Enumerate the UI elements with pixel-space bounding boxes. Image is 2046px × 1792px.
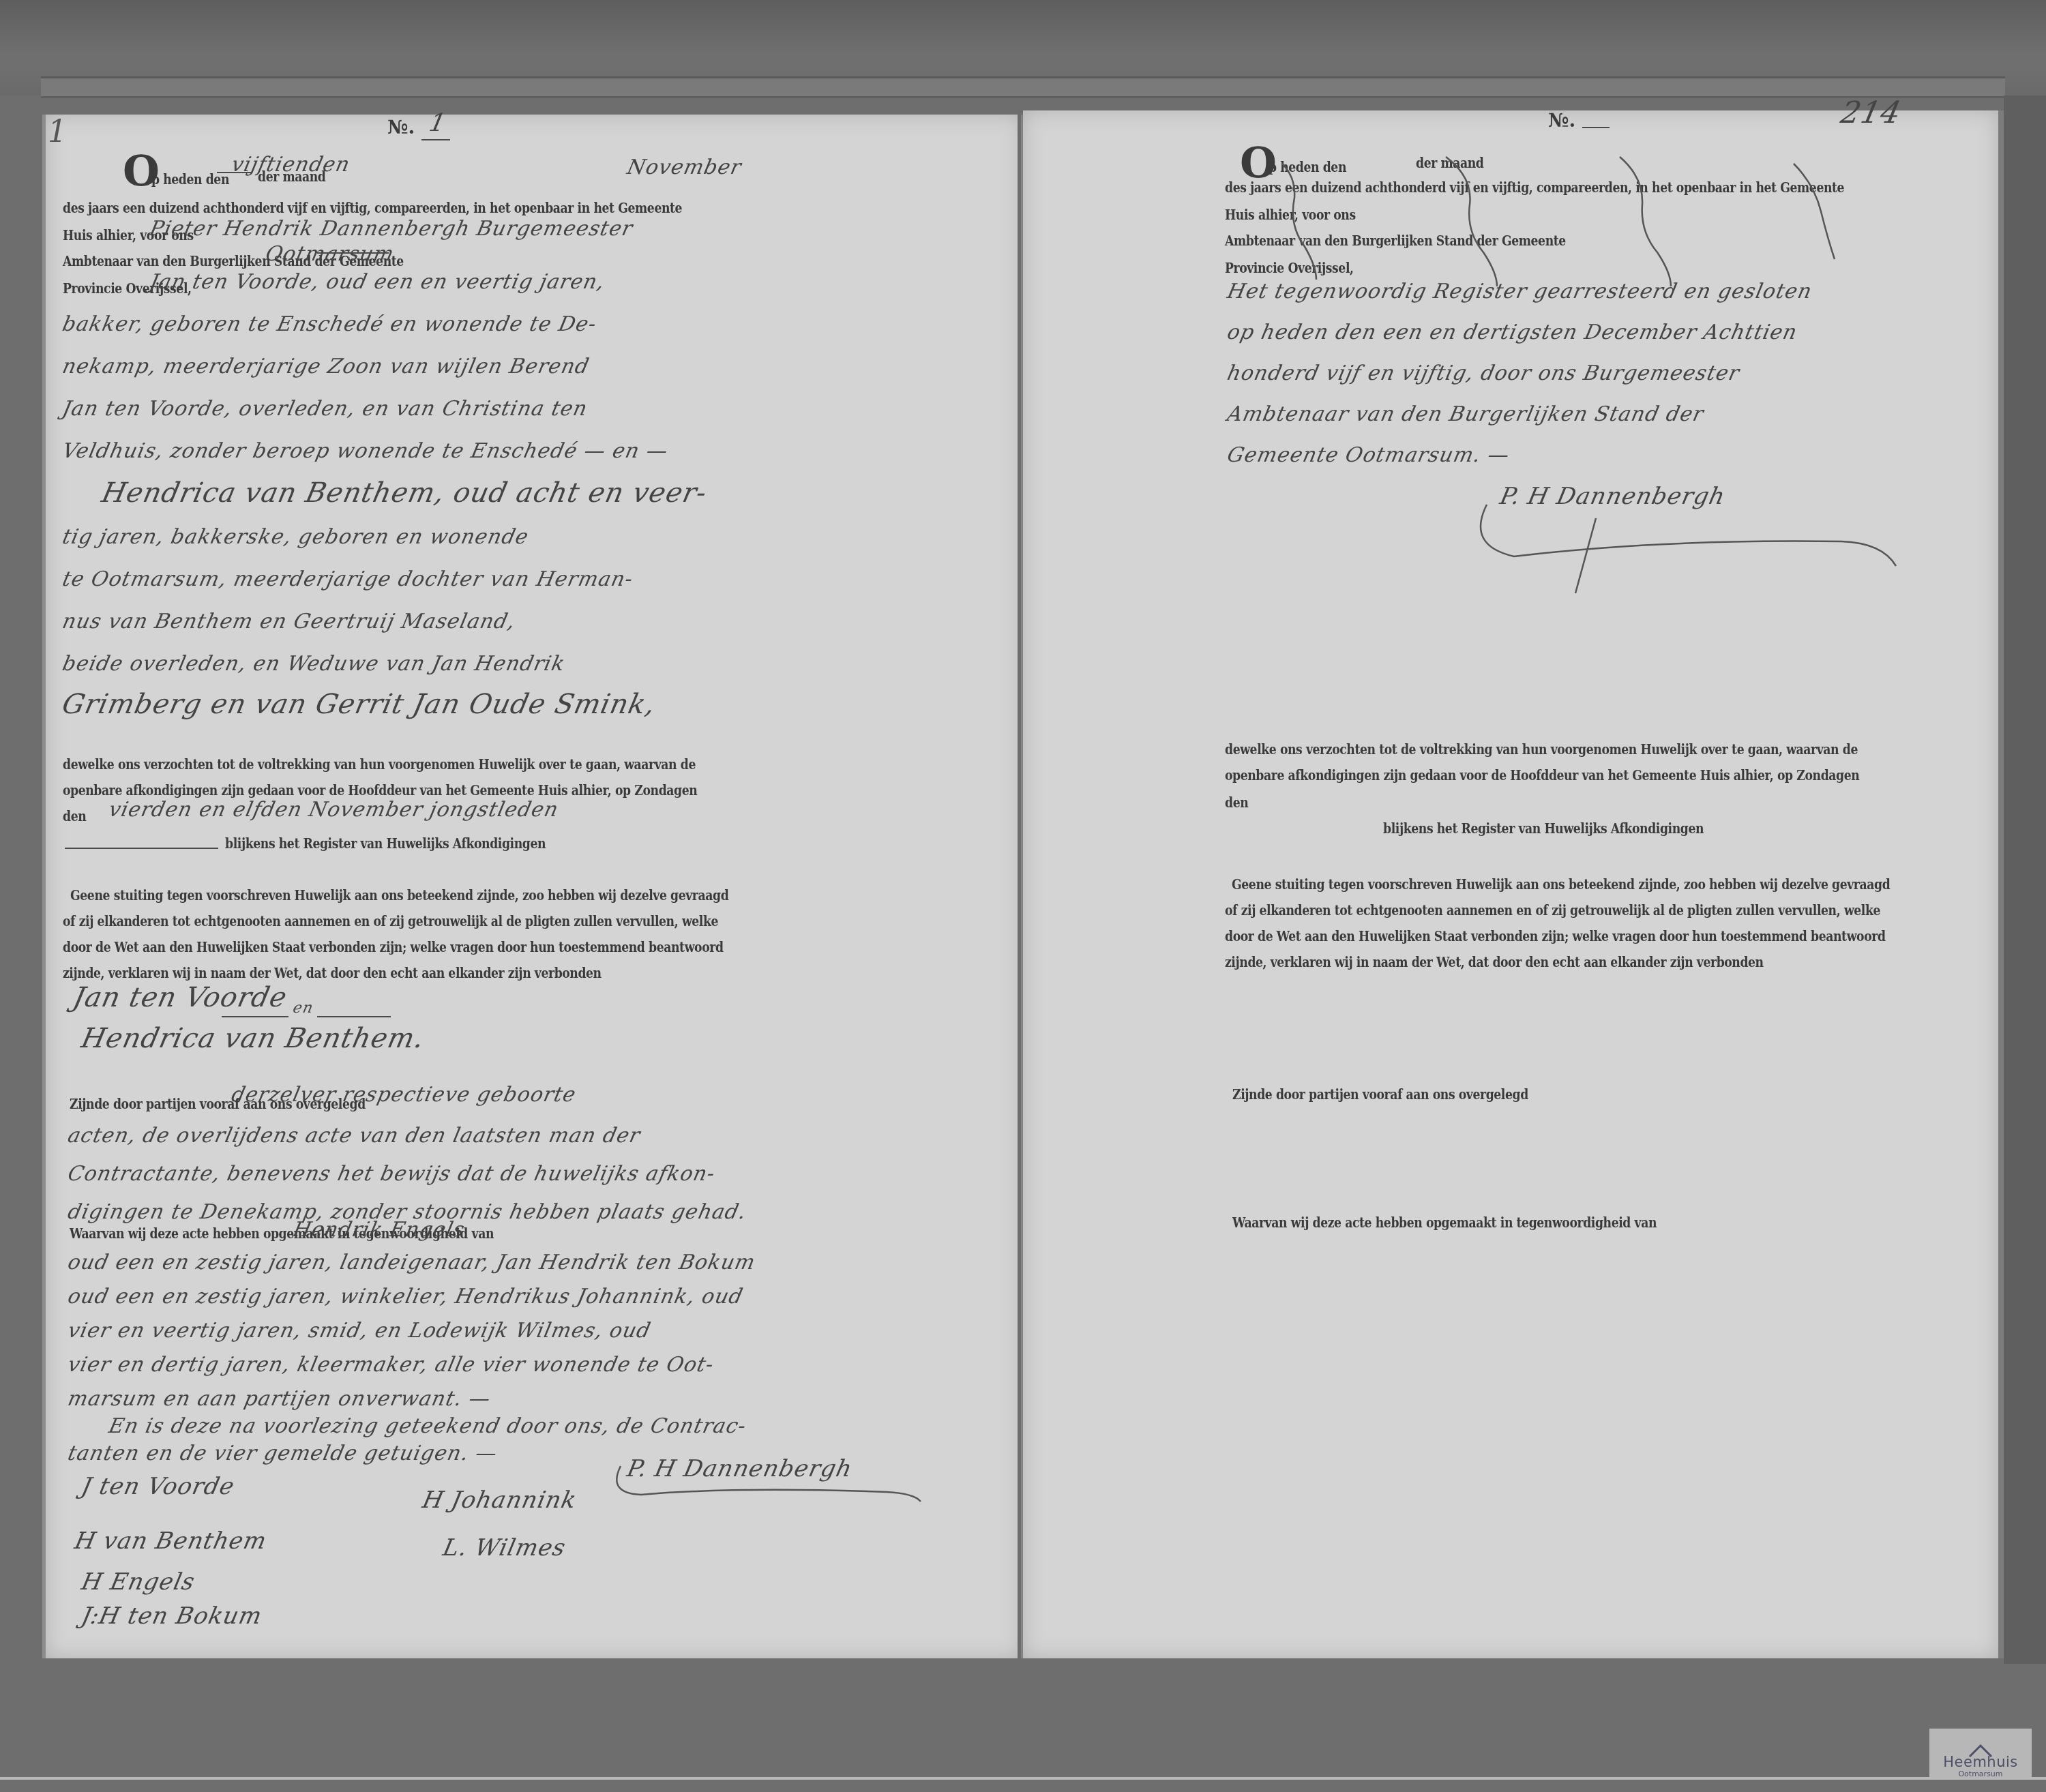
hand-party-7: tig jaren, bakkerske, geboren en wonende bbox=[60, 525, 531, 549]
hand-bride: Hendrica van Benthem. bbox=[78, 1023, 427, 1054]
printed-geene-1-right: Geene stuiting tegen voorschreven Huweli… bbox=[1232, 876, 1890, 893]
signature-witness-johannink: H Johannink bbox=[420, 1487, 579, 1514]
signature-witness-wilmes: L. Wilmes bbox=[441, 1534, 569, 1562]
hand-closing-right-4: Ambtenaar van den Burgerlijken Stand der bbox=[1225, 402, 1706, 426]
hand-closing-right-1: Het tegenwoordig Register gearresteerd e… bbox=[1225, 280, 1814, 303]
record-number-rule-right bbox=[1582, 127, 1610, 128]
cancel-strokes bbox=[1241, 150, 1855, 300]
hand-zondagen: vierden en elfden November jongstleden bbox=[106, 798, 561, 822]
record-number-label: №. bbox=[387, 116, 415, 138]
hand-party-3: nekamp, meerderjarige Zoon van wijlen Be… bbox=[60, 355, 591, 378]
scan-right-frame bbox=[2004, 95, 2046, 1664]
hand-party-8: te Ootmarsum, meerderjarige dochter van … bbox=[60, 567, 635, 591]
hand-en: en bbox=[291, 1000, 315, 1017]
hand-groom: Jan ten Voorde bbox=[70, 982, 290, 1013]
printed-geene-4-right: zijnde, verklaren wij in naam der Wet, d… bbox=[1225, 953, 1764, 970]
hand-docs-1: derzelver respectieve geboorte bbox=[229, 1083, 578, 1107]
hand-witness-4: vier en veertig jaren, smid, en Lodewijk… bbox=[65, 1319, 653, 1343]
printed-den-right: den bbox=[1225, 794, 1248, 811]
hand-closing-1: En is deze na voorlezing geteekend door … bbox=[106, 1414, 748, 1438]
record-number-rule bbox=[421, 139, 450, 140]
printed-line2: des jaars een duizend achthonderd vijf e… bbox=[63, 199, 682, 216]
hand-gemeente: Ootmarsum bbox=[263, 242, 396, 266]
hand-docs-2: acten, de overlijdens acte van den laats… bbox=[65, 1124, 642, 1148]
hand-party-5: Veldhuis, zonder beroep wonende te Ensch… bbox=[60, 439, 670, 463]
printed-dewelke-2-right: openbare afkondigingen zijn gedaan voor … bbox=[1225, 766, 1859, 783]
rule bbox=[317, 252, 389, 254]
printed-geene-4: zijnde, verklaren wij in naam der Wet, d… bbox=[63, 964, 602, 981]
book-gutter bbox=[1018, 110, 1022, 1658]
printed-waarvan-right: Waarvan wij deze acte hebben opgemaakt i… bbox=[1232, 1214, 1657, 1231]
printed-der-maand: der maand bbox=[258, 168, 325, 185]
printed-dewelke-1: dewelke ons verzochten tot de voltrekkin… bbox=[63, 756, 696, 773]
signature-witness-ten-bokum: J:H ten Bokum bbox=[79, 1602, 265, 1630]
printed-blijkens-right: blijkens het Register van Huwelijks Afko… bbox=[1383, 820, 1704, 837]
printed-blijkens: blijkens het Register van Huwelijks Afko… bbox=[225, 835, 546, 852]
printed-geene-3: door de Wet aan den Huwelijken Staat ver… bbox=[63, 938, 724, 955]
hand-witness-5: vier en dertig jaren, kleermaker, alle v… bbox=[65, 1353, 716, 1377]
hand-party-10: beide overleden, en Weduwe van Jan Hendr… bbox=[60, 652, 567, 676]
printed-dewelke-1-right: dewelke ons verzochten tot de voltrekkin… bbox=[1225, 741, 1858, 758]
hand-closing-right-2: op heden den een en dertigsten December … bbox=[1225, 320, 1799, 344]
hand-closing-2: tanten en de vier gemelde getuigen. — bbox=[65, 1442, 499, 1465]
rule bbox=[222, 1016, 288, 1017]
signature-witness-engels: H Engels bbox=[79, 1568, 198, 1596]
hand-month: November bbox=[625, 155, 743, 179]
signature-flourish-right bbox=[1459, 491, 1937, 600]
rule bbox=[317, 1016, 391, 1017]
margin-note: 1 bbox=[48, 115, 67, 149]
printed-dewelke-2: openbare afkondigingen zijn gedaan voor … bbox=[63, 781, 697, 798]
record-number-label-right: №. bbox=[1548, 109, 1575, 132]
hand-party-6: Hendrica van Benthem, oud acht en veer- bbox=[99, 477, 710, 509]
printed-geene-2-right: of zij elkanderen tot echtgenooten aanne… bbox=[1225, 901, 1880, 919]
printed-zijnde-right: Zijnde door partijen vooraf aan ons over… bbox=[1232, 1086, 1528, 1103]
hand-witness-6: marsum en aan partijen onverwant. — bbox=[65, 1387, 493, 1411]
rule bbox=[217, 172, 251, 173]
hand-closing-right-3: honderd vijf en vijftig, door ons Burgem… bbox=[1225, 361, 1742, 385]
hand-docs-3: Contractante, benevens het bewijs dat de… bbox=[65, 1162, 717, 1186]
printed-geene-1: Geene stuiting tegen voorschreven Huweli… bbox=[70, 886, 728, 904]
printed-geene-3-right: door de Wet aan den Huwelijken Staat ver… bbox=[1225, 927, 1886, 944]
signature-flourish bbox=[600, 1452, 928, 1507]
signature-bride: H van Benthem bbox=[72, 1527, 269, 1555]
printed-den: den bbox=[63, 807, 86, 824]
hand-party-1: Jan ten Voorde, oud een en veertig jaren… bbox=[147, 270, 607, 294]
hand-closing-right-5: Gemeente Ootmarsum. — bbox=[1225, 443, 1511, 467]
hand-party-9: nus van Benthem en Geertruij Maseland, bbox=[60, 610, 518, 633]
rule bbox=[65, 848, 218, 849]
hand-witness-3: oud een en zestig jaren, winkelier, Hend… bbox=[65, 1285, 745, 1309]
hand-witness-1: Hendrik Engels bbox=[291, 1218, 467, 1242]
hand-party-11: Grimberg en van Gerrit Jan Oude Smink, bbox=[59, 689, 659, 720]
hand-witness-2: oud een en zestig jaren, landeigenaar, J… bbox=[65, 1251, 758, 1274]
signature-groom: J ten Voorde bbox=[79, 1473, 237, 1500]
hand-party-2: bakker, geboren te Enschedé en wonende t… bbox=[60, 312, 599, 336]
scan-bottom-line bbox=[0, 1777, 2046, 1780]
watermark-town: Ootmarsum bbox=[1958, 1769, 2002, 1778]
page-number: 214 bbox=[1838, 95, 1905, 130]
scan-frame-band bbox=[41, 76, 2005, 98]
printed-geene-2: of zij elkanderen tot echtgenooten aanne… bbox=[63, 912, 718, 929]
hand-official: Pieter Hendrik Dannenbergh Burgemeester bbox=[147, 217, 635, 241]
heemhuis-watermark: Heemhuis Ootmarsum bbox=[1929, 1729, 2032, 1778]
house-roof-icon bbox=[1967, 1743, 1994, 1758]
hand-party-4: Jan ten Voorde, overleden, en van Christ… bbox=[60, 397, 590, 421]
